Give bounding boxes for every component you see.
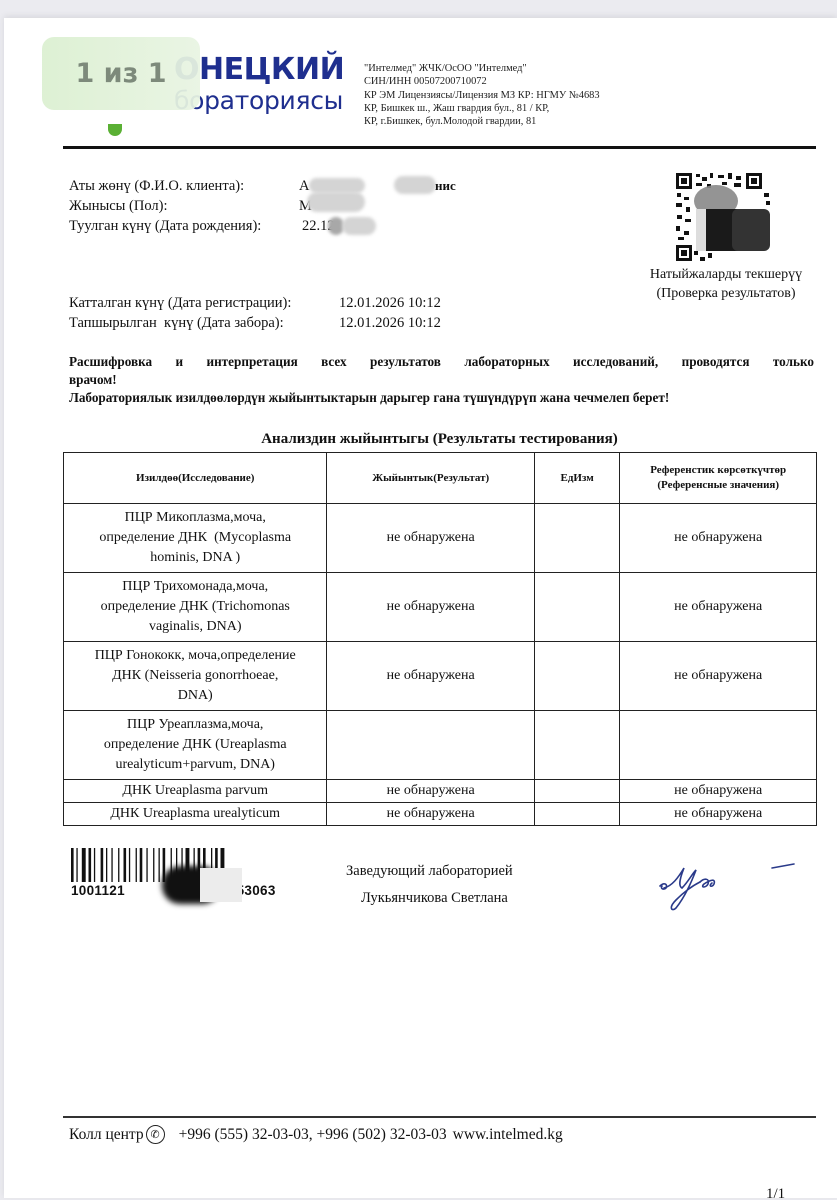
handwritten-signature-icon	[654, 856, 804, 914]
redaction-blur	[394, 176, 436, 194]
patient-dob-row: Туулган күнү (Дата рождения): 22.12	[69, 216, 514, 236]
result-cell: не обнаружена	[327, 642, 534, 711]
call-center-label: Колл центр	[69, 1126, 144, 1144]
reference-cell: не обнаружена	[620, 780, 817, 803]
reference-cell	[620, 711, 817, 780]
column-header-unit: ЕдИзм	[534, 453, 619, 504]
page-indicator-badge: 1 из 1	[42, 37, 200, 110]
redaction-blur	[342, 217, 376, 235]
table-row: ДНК Ureaplasma parvum не обнаружена не о…	[64, 780, 817, 803]
table-row: ДНК Ureaplasma urealyticum не обнаружена…	[64, 803, 817, 826]
patient-info: Аты жөнү (Ф.И.О. клиента): А нис Жынысы …	[69, 176, 514, 236]
test-name-cell: ПЦР Трихомонада,моча, определение ДНК (T…	[64, 573, 327, 642]
interpretation-warning: Расшифровка и интерпретация всех результ…	[69, 353, 814, 407]
logo-green-dot-icon	[108, 124, 122, 136]
column-header-test: Изилдөө(Исследование)	[64, 453, 327, 504]
result-cell: не обнаружена	[327, 803, 534, 826]
result-cell: не обнаружена	[327, 780, 534, 803]
phone-numbers: +996 (555) 32-03-03, +996 (502) 32-03-03	[179, 1126, 447, 1144]
collection-date-row: Тапшырылган күнү (Дата забора): 12.01.20…	[69, 313, 441, 333]
test-name-cell: ПЦР Уреаплазма,моча, определение ДНК (Ur…	[64, 711, 327, 780]
footer-contacts: Колл центр ✆ +996 (555) 32-03-03, +996 (…	[69, 1125, 563, 1144]
column-header-reference: Референстик көрсөткүчтөр (Референсные зн…	[620, 453, 817, 504]
qr-code[interactable]	[674, 171, 774, 263]
registration-date-row: Катталган күнү (Дата регистрации): 12.01…	[69, 293, 441, 313]
table-row: ПЦР Трихомонада,моча, определение ДНК (T…	[64, 573, 817, 642]
org-line: КР, г.Бишкек, бул.Молодой гвардии, 81	[364, 115, 600, 128]
reference-cell: не обнаружена	[620, 504, 817, 573]
org-line: СИН/ИНН 00507200710072	[364, 75, 600, 88]
table-row: ПЦР Микоплазма,моча, определение ДНК (My…	[64, 504, 817, 573]
patient-sex-row: Жынысы (Пол): М	[69, 196, 514, 216]
unit-cell	[534, 504, 619, 573]
result-cell	[327, 711, 534, 780]
registration-date-label: Катталган күнү (Дата регистрации):	[69, 293, 339, 313]
patient-dob-label: Туулган күнү (Дата рождения):	[69, 216, 302, 236]
result-cell: не обнаружена	[327, 573, 534, 642]
organization-info: "Интелмед" ЖЧК/ОсОО "Интелмед" СИН/ИНН 0…	[364, 62, 600, 128]
warning-ru-line1: Расшифровка и интерпретация всех результ…	[69, 353, 814, 371]
test-name-cell: ПЦР Гонококк, моча,определение ДНК (Neis…	[64, 642, 327, 711]
patient-dob-value: 22.12	[302, 216, 402, 236]
reference-cell: не обнаружена	[620, 573, 817, 642]
org-line: КР ЭМ Лицензиясы/Лицензия МЗ КР: НГМУ №4…	[364, 89, 600, 102]
signer-name: Лукьянчикова Светлана	[361, 890, 508, 907]
warning-ru-line2: врачом!	[69, 371, 814, 389]
column-header-result: Жыйынтык(Результат)	[327, 453, 534, 504]
test-name-cell: ДНК Ureaplasma urealyticum	[64, 803, 327, 826]
unit-cell	[534, 711, 619, 780]
results-title: Анализдин жыйынтыгы (Результаты тестиров…	[63, 431, 816, 448]
test-name-cell: ПЦР Микоплазма,моча, определение ДНК (My…	[64, 504, 327, 573]
patient-name-label: Аты жөнү (Ф.И.О. клиента):	[69, 176, 299, 196]
org-line: КР, Бишкек ш., Жаш гвардия бул., 81 / КР…	[364, 102, 600, 115]
result-cell: не обнаружена	[327, 504, 534, 573]
collection-date-value: 12.01.2026 10:12	[339, 313, 441, 333]
unit-cell	[534, 780, 619, 803]
qr-caption: Натыйжаларды текшерүү (Проверка результа…	[626, 265, 826, 303]
registration-date-value: 12.01.2026 10:12	[339, 293, 441, 313]
signer-role: Заведующий лабораторией	[346, 863, 513, 880]
redaction-blur	[309, 178, 365, 193]
test-name-cell: ДНК Ureaplasma parvum	[64, 780, 327, 803]
document-page: ОНЕЦКИЙ бораториясы "Интелмед" ЖЧК/ОсОО …	[4, 18, 837, 1198]
table-header-row: Изилдөө(Исследование) Жыйынтык(Результат…	[64, 453, 817, 504]
warning-ky-line: Лабораториялык изилдөөлөрдүн жыйынтыктар…	[69, 389, 814, 407]
redaction-blur	[200, 868, 242, 902]
patient-name-row: Аты жөнү (Ф.И.О. клиента): А нис	[69, 176, 514, 196]
phone-icon: ✆	[146, 1125, 165, 1144]
patient-sex-value: М	[299, 196, 399, 216]
unit-cell	[534, 642, 619, 711]
reference-cell: не обнаружена	[620, 642, 817, 711]
table-row: ПЦР Гонококк, моча,определение ДНК (Neis…	[64, 642, 817, 711]
patient-sex-label: Жынысы (Пол):	[69, 196, 299, 216]
reference-cell: не обнаружена	[620, 803, 817, 826]
results-table: Изилдөө(Исследование) Жыйынтык(Результат…	[63, 452, 817, 826]
footer-divider	[63, 1116, 816, 1118]
redaction-blur	[307, 192, 365, 212]
collection-date-label: Тапшырылган күнү (Дата забора):	[69, 313, 339, 333]
page-number: 1/1	[766, 1186, 785, 1200]
sample-dates: Катталган күнү (Дата регистрации): 12.01…	[69, 293, 441, 333]
unit-cell	[534, 803, 619, 826]
website-link[interactable]: www.intelmed.kg	[453, 1126, 563, 1144]
header-divider	[63, 146, 816, 149]
org-line: "Интелмед" ЖЧК/ОсОО "Интелмед"	[364, 62, 600, 75]
table-row: ПЦР Уреаплазма,моча, определение ДНК (Ur…	[64, 711, 817, 780]
unit-cell	[534, 573, 619, 642]
